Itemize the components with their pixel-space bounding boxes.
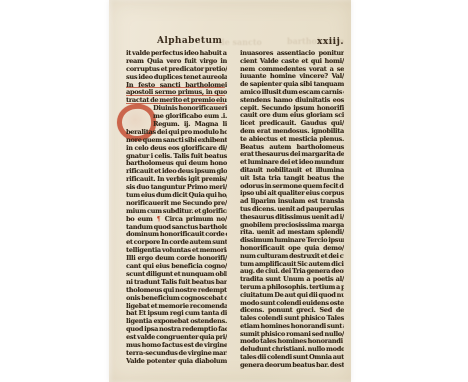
text-line: et corpore In corde autem sunt in — [126, 239, 227, 247]
text-line: modo sunt colendi euidens ostendit — [240, 300, 344, 308]
text-line: it valde perfectus ideo habuit au — [126, 50, 227, 58]
text-line: modo tales homines honorandi sunt — [240, 338, 344, 346]
text-line: cient Valde caste et qui homi/ — [240, 58, 344, 66]
text-line: corruptus et predicator pretio/ — [126, 66, 227, 74]
text-line: licet predicauit. Gaudus qui/ — [240, 120, 344, 128]
text-line: amico illusit dum escam carnis o/ — [240, 89, 344, 97]
text-segment: Circa primum no/ — [162, 216, 227, 223]
text-line: rificauit. In verbis igit premis/ — [126, 176, 227, 184]
text-line: nem commedentes vorat a se — [240, 66, 344, 74]
text-line: sumit phisico romani sed nullo/ — [240, 331, 344, 339]
text-line: uit Ista tria tangit beatus the — [240, 175, 344, 183]
text-line: sis duo tanguntur Primo meri/ — [126, 184, 227, 192]
text-line: ipso ubi ait qualiter eius corpus — [240, 190, 344, 198]
text-line: tradita sunt Unum a poetis al/ — [240, 276, 344, 284]
text-line: telligentia voluntas et memoria. — [126, 247, 227, 255]
text-line: nore quem sancti sibi exhibent — [126, 137, 227, 145]
text-line: rificauit et ideo deus ipsum glo/ — [126, 168, 227, 176]
text-line: dem erat mendosus. ignobilita — [240, 128, 344, 136]
text-line: inuasores assentiacio ponitur — [240, 50, 344, 58]
text-segment: bo eum — [126, 216, 156, 223]
text-line: ligentia exponebat ostendens. — [126, 318, 227, 326]
text-line: tus dicens. uenit ad pauperulas — [240, 206, 344, 214]
text-line: genera deorum beatus bar. destruxit — [240, 362, 344, 370]
text-line: terum a philosophis. tertium a principib… — [240, 284, 344, 292]
text-line: deludunt christiani. nullo modo igitur — [240, 346, 344, 354]
text-line: de sapienter quia sibi tanquam — [240, 81, 344, 89]
rubricated-heading-line: In festo sancti bartholomei — [126, 82, 227, 90]
text-line: tales colendi sunt phisico Tales — [240, 315, 344, 323]
text-line: cauit ore dum eius gloriam sci — [240, 112, 344, 120]
text-line: ligebat et memorie recomenda — [126, 303, 227, 311]
text-line: thesaurus ditissimus uenit ad i/ — [240, 214, 344, 222]
text-line: Regum. ij. Magna li — [153, 121, 227, 129]
show-through-text: de sancto — [219, 37, 262, 47]
text-line: Illi ergo deum corde honorifi/ — [126, 255, 227, 263]
text-line: Beatus autem bartholomeus — [240, 144, 344, 152]
text-line: ad liparim insulam est transla — [240, 198, 344, 206]
page-header: de sancto bartholomeo Alphabetum xxiij. — [109, 36, 351, 50]
text-line: Diuinis honorificauerit — [153, 105, 227, 113]
text-line: iuuante homine vincere? Val/ — [240, 73, 344, 81]
text-line: erat thesaurus dei margarita dei — [240, 151, 344, 159]
text-line: te abiectus et mesticia plenus. — [240, 136, 344, 144]
text-line: ciuitatum De aut qui dii quod nullo — [240, 292, 344, 300]
text-line: tum eius dum dicit Quia qui ho/ — [126, 192, 227, 200]
folio-number: xxiij. — [317, 37, 344, 47]
text-line: gnobilem preciosissima marga — [240, 222, 344, 230]
text-line: rita. uenit ad mestam splendi/ — [240, 229, 344, 237]
text-line: mium cum subditur. et glorifica — [126, 208, 227, 216]
text-line: bat Et ipsum regi cum tanta di — [126, 310, 227, 318]
text-column-right: inuasores assentiacio poniturcient Valde… — [240, 50, 344, 370]
text-line: sus ideo duplices tenet aureola — [126, 74, 227, 82]
text-line: stendens hamo diuinitatis eos — [240, 97, 344, 105]
text-line: ni tradunt Talis fuit beatus bar — [126, 279, 227, 287]
text-column-left: it valde perfectus ideo habuit auream Qu… — [126, 50, 227, 366]
text-line: me glorificabo eum .i. — [153, 113, 227, 121]
text-line: ditauit nobilitauit et illumina — [240, 167, 344, 175]
text-line: num culturam destruxit et dei cul — [240, 253, 344, 261]
text-line: bartholomeus qui deum hono — [126, 160, 227, 168]
text-line: bo eum ¶ Circa primum no/ — [126, 216, 227, 224]
text-line: cepit. Secundo ipsum honorifi — [240, 105, 344, 113]
text-line: est valde congruenter quia pri/ — [126, 334, 227, 342]
text-line: odorus in sermone quem fecit de — [240, 183, 344, 191]
rubricated-heading-line: tractat de merito et premio eius — [126, 97, 227, 105]
text-line: scunt diligunt et nunquam obliuio — [126, 271, 227, 279]
text-line: ream Quia vero fuit virgo in — [126, 58, 227, 66]
text-line: cant qui eius beneficia cogno/ — [126, 263, 227, 271]
text-line: dominum honorificauit corde ore ope — [126, 231, 227, 239]
text-line: et luminare dei et ideo mundum — [240, 159, 344, 167]
text-line: tholomeus qui nostre redempti — [126, 287, 227, 295]
text-line: honorificauit ope quia demo/ — [240, 245, 344, 253]
manuscript-page: de sancto bartholomeo Alphabetum xxiij. … — [109, 0, 351, 382]
text-line: terra-secundus de virgine maria — [126, 350, 227, 358]
text-line: gnatur i celis. Talis fuit beatus — [126, 153, 227, 161]
text-line: dicens. ponunt greci. Sed de — [240, 307, 344, 315]
text-line: beralitas dei qui pro modulo ho/ — [126, 129, 227, 137]
text-line: aug. de ciui. dei Tria genera deorum — [240, 268, 344, 276]
running-title: Alphabetum — [157, 36, 222, 46]
text-line: tandum quod sanctus bartholomeus — [126, 224, 227, 232]
text-line: etiam homines honorandi sunt as — [240, 323, 344, 331]
rubricated-heading-line: apostoli sermo primus, in quo — [126, 89, 227, 97]
text-line: in celo deus eos glorificare di/ — [126, 145, 227, 153]
text-line: norificauerit me Secundo pre/ — [126, 200, 227, 208]
text-line: dissimum luminare Tercio ipsum — [240, 237, 344, 245]
text-line: onis beneficium cognoscebat di — [126, 295, 227, 303]
text-line: tales dii colendi sunt Omnia aut ista — [240, 354, 344, 362]
text-line: tum amplificauit Sic autem dicit — [240, 261, 344, 269]
text-line: Valde potenter quia diabolum — [126, 358, 227, 366]
text-line: mus homo factus est de virgine — [126, 342, 227, 350]
text-line: quod ipsa nostra redemptio facta — [126, 326, 227, 334]
